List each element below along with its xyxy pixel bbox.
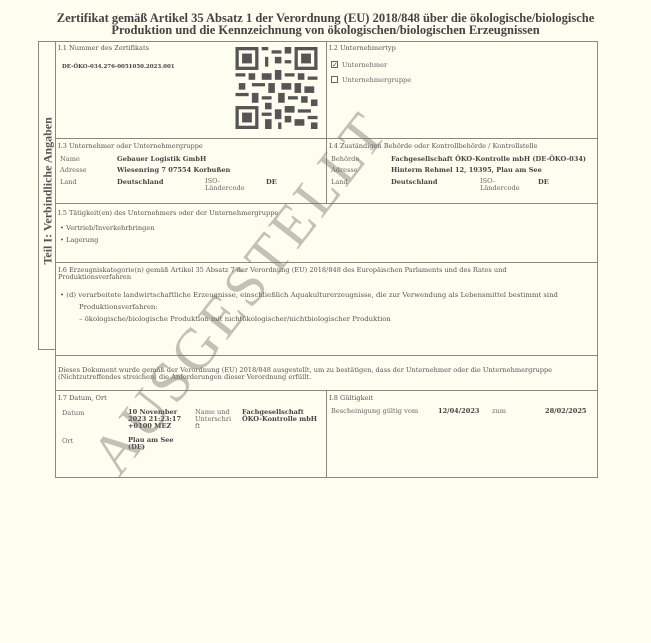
section-1-1-header: I.1 Nummer des Zertifikats <box>58 44 149 52</box>
side-label-text: Teil I: Verbindliche Angaben <box>41 125 56 265</box>
title-line-2: Produktion und die Kennzeichnung von öko… <box>0 24 651 36</box>
checkbox-unternehmergruppe-label: Unternehmergruppe <box>342 76 411 84</box>
authority-address: Hinterm Rehmel 12, 19395, Plau am See <box>391 166 542 174</box>
operator-country: Deutschland <box>117 178 163 186</box>
authority-iso: DE <box>538 178 549 186</box>
authority-country: Deutschland <box>391 178 437 186</box>
qr-code-icon <box>235 47 318 129</box>
operator-name: Gebauer Logistik GmbH <box>117 155 206 163</box>
section-1-2-header: I.2 Unternehmertyp <box>329 44 396 52</box>
valid-from: 12/04/2023 <box>438 407 480 415</box>
operator-name-label: Name <box>60 155 80 163</box>
product-category-item: • (d) verarbeitete landwirtschaftliche E… <box>60 291 558 299</box>
certificate-number: DE-ÖKO-034.276-0051050.2023.001 <box>62 64 175 70</box>
signature-label: Name und Unterschri ft <box>195 409 231 430</box>
operator-iso-label: ISO- Ländercode <box>205 178 245 192</box>
operator-iso: DE <box>266 178 277 186</box>
date-label: Datum <box>62 409 84 417</box>
signer: Fachgesellschaft ÖKO-Kontrolle mbH <box>242 409 317 423</box>
section-validity <box>326 390 598 478</box>
valid-label: Bescheinigung gültig vom <box>331 407 418 415</box>
checkbox-unternehmer[interactable]: ✓ <box>331 61 338 68</box>
activity-item: • Lagerung <box>60 236 98 244</box>
valid-to-label: zum <box>492 407 506 415</box>
activity-item: • Vertrieb/Inverkehrbringen <box>60 224 154 232</box>
operator-country-label: Land <box>60 178 77 186</box>
section-1-8-header: I.8 Gültigkeit <box>329 394 373 402</box>
checkbox-unternehmergruppe[interactable] <box>331 76 338 83</box>
authority-iso-label: ISO- Ländercode <box>480 178 520 192</box>
operator-address: Wiesenring 7 07554 Korbußen <box>117 166 230 174</box>
checkbox-unternehmer-label: Unternehmer <box>342 61 387 69</box>
document-title: Zertifikat gemäß Artikel 35 Absatz 1 der… <box>0 12 651 36</box>
section-1-5-header: I.5 Tätigkeit(en) des Unternehmers oder … <box>58 209 278 217</box>
section-1-3-header: I.3 Unternehmer oder Unternehmergruppe <box>58 142 203 150</box>
operator-address-label: Adresse <box>60 166 87 174</box>
place-label: Ort <box>62 437 73 445</box>
production-method-label: Produktionsverfahren: <box>79 303 158 311</box>
valid-to: 28/02/2025 <box>545 407 587 415</box>
section-1-7-header: I.7 Datum, Ort <box>58 394 107 402</box>
authority: Fachgesellschaft ÖKO-Kontrolle mbH (DE-Ö… <box>391 155 586 163</box>
